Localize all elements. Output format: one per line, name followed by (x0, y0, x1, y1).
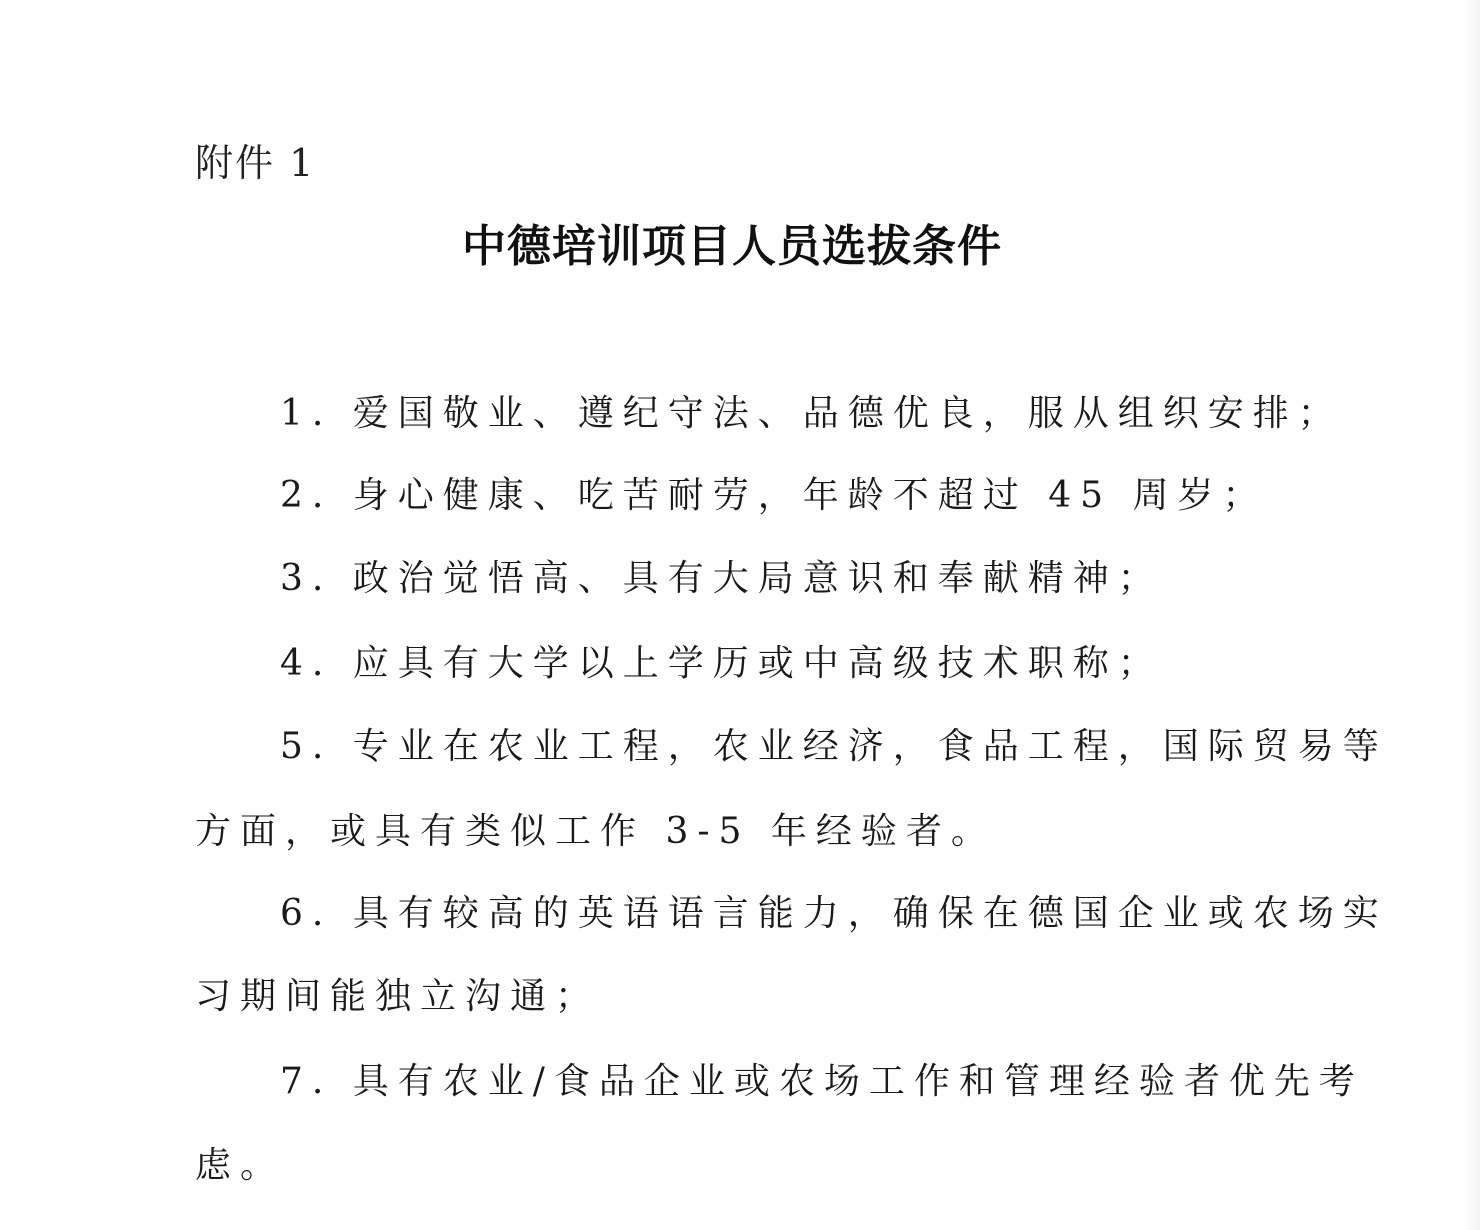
condition-6-line-2: 习期间能独立沟通； (195, 968, 600, 1019)
condition-6-line-1: 6. 具有较高的英语语言能力，确保在德国企业或农场实 (280, 885, 1388, 936)
condition-1-line-1: 1. 爱国敬业、遵纪守法、品德优良，服从组织安排； (280, 385, 1343, 436)
document-title: 中德培训项目人员选拔条件 (462, 210, 1002, 274)
attachment-label: 附件 1 (195, 132, 315, 187)
condition-4-line-1: 4. 应具有大学以上学历或中高级技术职称； (280, 635, 1163, 686)
condition-2-line-1: 2. 身心健康、吃苦耐劳，年龄不超过 45 周岁； (280, 467, 1268, 518)
scanned-document-page: 附件 1 中德培训项目人员选拔条件 1. 爱国敬业、遵纪守法、品德优良，服从组织… (0, 0, 1480, 1230)
condition-7-line-2: 虑。 (195, 1137, 285, 1188)
condition-7-line-1: 7. 具有农业/食品企业或农场工作和管理经验者优先考 (280, 1053, 1364, 1104)
condition-5-line-2: 方面，或具有类似工作 3-5 年经验者。 (195, 803, 996, 854)
condition-3-line-1: 3. 政治觉悟高、具有大局意识和奉献精神； (280, 550, 1163, 601)
condition-5-line-1: 5. 专业在农业工程，农业经济，食品工程，国际贸易等 (280, 718, 1388, 769)
scan-edge-shadow (1466, 0, 1480, 1230)
